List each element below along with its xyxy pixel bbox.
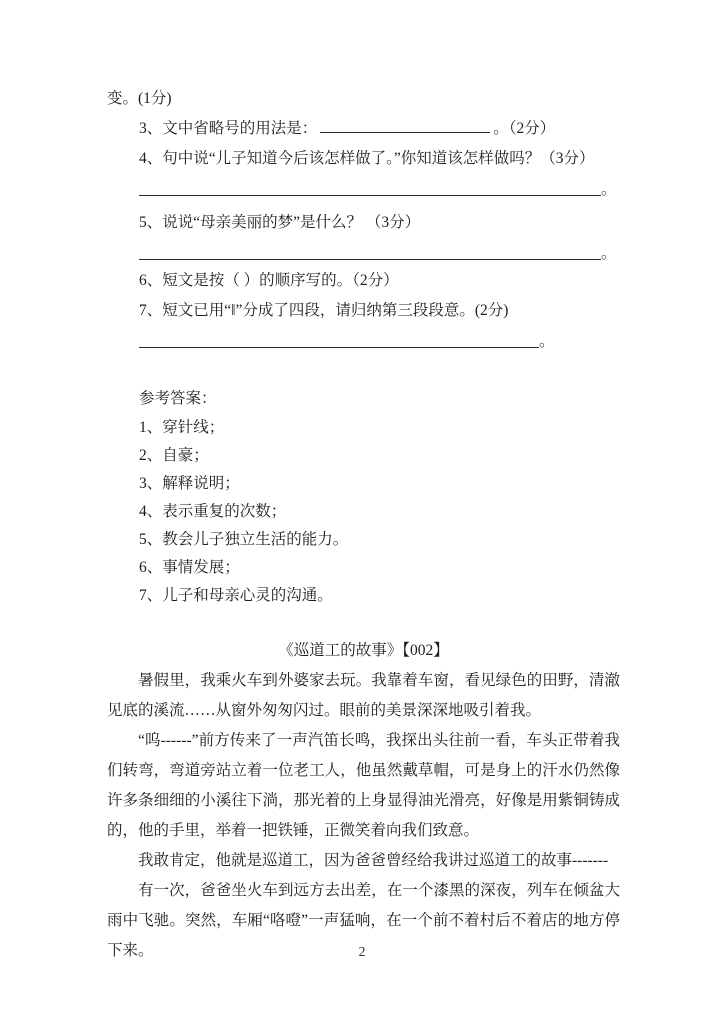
answer-blank-line <box>139 255 601 260</box>
question-3-label: 3、文中省略号的用法是： <box>139 120 317 137</box>
answer-key-heading: 参考答案： <box>107 384 620 414</box>
story-paragraph-3: 我敢肯定，他就是巡道工，因为爸爸曾经给我讲过巡道工的故事------- <box>107 846 620 876</box>
answer-blank-row-q7: 。 <box>107 326 620 348</box>
question-5: 5、说说“母亲美丽的梦”是什么？ （3分） <box>107 208 620 238</box>
answer-item-6: 6、事情发展； <box>107 554 620 582</box>
answer-item-3: 3、解释说明； <box>107 470 620 498</box>
question-3: 3、文中省略号的用法是：。（2分） <box>107 114 620 144</box>
question-6: 6、短文是按（ ）的顺序写的。（2分） <box>107 266 620 296</box>
continuation-line: 变。(1分) <box>107 84 620 114</box>
answer-blank-line <box>139 191 601 196</box>
document-page: 变。(1分) 3、文中省略号的用法是：。（2分） 4、句中说“儿子知道今后该怎样… <box>0 0 724 1024</box>
story-paragraph-1: 暑假里，我乘火车到外婆家去玩。我靠着车窗，看见绿色的田野，清澈见底的溪流……从窗… <box>107 666 620 726</box>
blank-period: 。 <box>601 247 617 260</box>
blank-period: 。 <box>601 183 617 196</box>
page-number: 2 <box>0 944 724 960</box>
answer-item-7: 7、儿子和母亲心灵的沟通。 <box>107 582 620 610</box>
answer-blank-inline <box>320 117 490 134</box>
answer-blank-row-q4: 。 <box>107 174 620 196</box>
blank-period: 。 <box>539 335 555 348</box>
question-4: 4、句中说“儿子知道今后该怎样做了。”你知道该怎样做吗？（3分） <box>107 144 620 174</box>
answer-item-1: 1、穿针线； <box>107 414 620 442</box>
question-7: 7、短文已用“‖”分成了四段，请归纳第三段段意。(2分) <box>107 296 620 326</box>
story-title: 《巡道工的故事》【002】 <box>107 636 620 666</box>
answer-blank-row-q5: 。 <box>107 238 620 260</box>
answer-blank-line <box>139 343 539 348</box>
answer-item-2: 2、自豪； <box>107 442 620 470</box>
story-paragraph-2: “呜------”前方传来了一声汽笛长鸣，我探出头往前一看，车头正带着我们转弯，… <box>107 726 620 846</box>
answer-item-4: 4、表示重复的次数； <box>107 498 620 526</box>
answer-item-5: 5、教会儿子独立生活的能力。 <box>107 526 620 554</box>
question-3-tail: 。（2分） <box>493 120 555 137</box>
page-content: 变。(1分) 3、文中省略号的用法是：。（2分） 4、句中说“儿子知道今后该怎样… <box>107 84 620 966</box>
